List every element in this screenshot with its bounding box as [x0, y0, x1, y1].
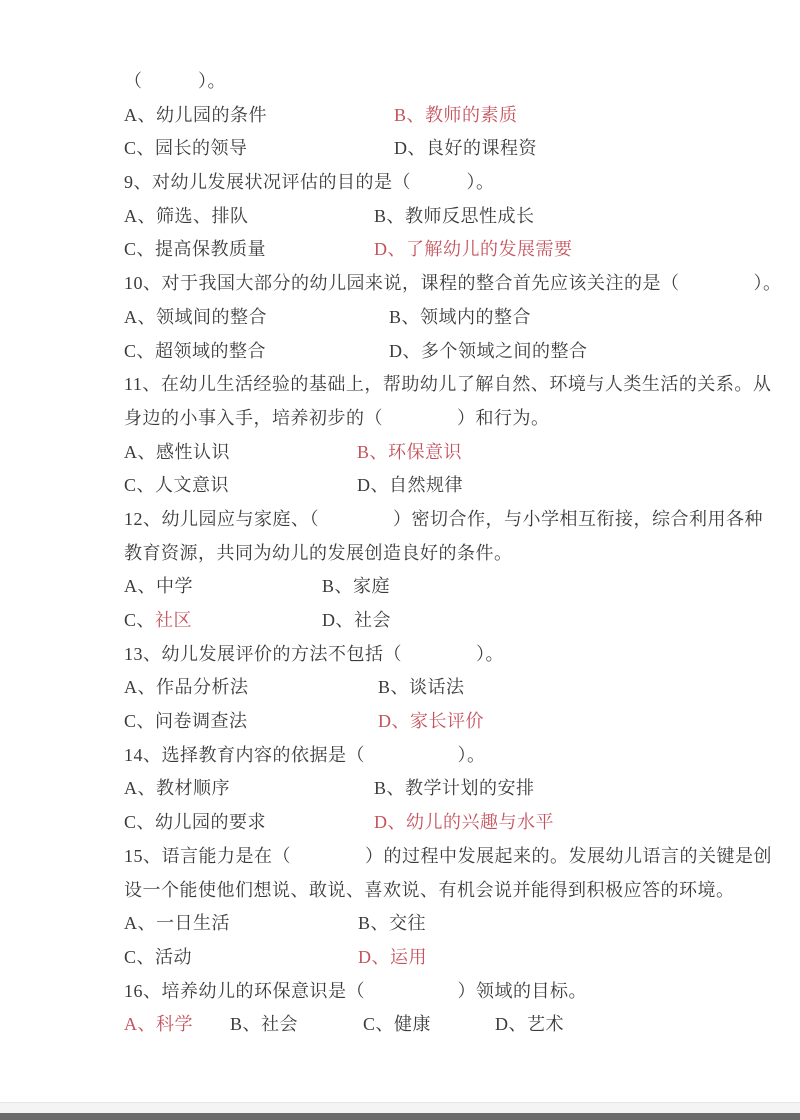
page-bottom-edge-bar [0, 1113, 800, 1120]
option-text: 良好的课程资 [426, 138, 537, 158]
option-b: B、社会 [230, 1008, 363, 1042]
option-letter: D、 [495, 1014, 527, 1034]
option-a: A、筛选、排队 [124, 200, 374, 234]
option-text: 家长评价 [410, 711, 484, 731]
option-c: C、超领域的整合 [124, 335, 389, 369]
option-b: B、领域内的整合 [389, 301, 784, 335]
option-text: 了解幼儿的发展需要 [406, 239, 573, 259]
question-block: 10、对于我国大部分的幼儿园来说，课程的整合首先应该关注的是（ ）。A、领域间的… [124, 267, 784, 368]
option-text: 提高保教质量 [155, 239, 266, 259]
option-text: 幼儿园的条件 [156, 105, 267, 125]
option-letter: D、 [378, 711, 410, 731]
option-text: 社会 [354, 610, 391, 630]
page-edge-strip [0, 1102, 800, 1113]
option-d: D、社会 [322, 604, 784, 638]
option-letter: A、 [124, 206, 156, 226]
option-d: D、了解幼儿的发展需要 [374, 233, 784, 267]
option-letter: A、 [124, 442, 156, 462]
option-text: 人文意识 [155, 475, 229, 495]
option-a: A、中学 [124, 570, 322, 604]
option-d: D、艺术 [495, 1008, 784, 1042]
options-row: A、教材顺序B、教学计划的安排 [124, 772, 784, 806]
option-a: A、感性认识 [124, 436, 357, 470]
options-row: C、人文意识D、自然规律 [124, 469, 784, 503]
option-text: 筛选、排队 [156, 206, 249, 226]
option-letter: D、 [374, 239, 406, 259]
question-stem-line: 10、对于我国大部分的幼儿园来说，课程的整合首先应该关注的是（ ）。 [124, 267, 784, 301]
options-row: A、科学B、社会C、健康D、艺术 [124, 1008, 784, 1042]
options-row: A、幼儿园的条件B、教师的素质 [124, 99, 784, 133]
option-text: 谈话法 [409, 677, 465, 697]
option-letter: B、 [374, 206, 405, 226]
option-text: 教学计划的安排 [405, 778, 535, 798]
option-letter: B、 [357, 442, 388, 462]
option-text: 领域间的整合 [156, 307, 267, 327]
option-text: 领域内的整合 [420, 307, 531, 327]
question-stem-line: 14、选择教育内容的依据是（ ）。 [124, 739, 784, 773]
option-text: 社会 [261, 1014, 298, 1034]
option-letter: D、 [389, 341, 421, 361]
option-letter: C、 [124, 610, 155, 630]
option-d: D、运用 [358, 941, 784, 975]
options-row: C、超领域的整合D、多个领域之间的整合 [124, 335, 784, 369]
option-text: 超领域的整合 [155, 341, 266, 361]
option-a: A、科学 [124, 1008, 230, 1042]
option-letter: A、 [124, 576, 156, 596]
question-block: 12、幼儿园应与家庭、（ ）密切合作，与小学相互衔接，综合利用各种教育资源，共同… [124, 503, 784, 638]
option-text: 教师反思性成长 [405, 206, 535, 226]
option-text: 感性认识 [156, 442, 230, 462]
option-letter: B、 [322, 576, 353, 596]
option-letter: A、 [124, 778, 156, 798]
option-letter: A、 [124, 105, 156, 125]
question-stem-line: 9、对幼儿发展状况评估的目的是（ ）。 [124, 166, 784, 200]
question-block: 14、选择教育内容的依据是（ ）。A、教材顺序B、教学计划的安排C、幼儿园的要求… [124, 739, 784, 840]
exam-page-content: （ ）。A、幼儿园的条件B、教师的素质C、园长的领导D、良好的课程资9、对幼儿发… [124, 65, 784, 1042]
option-d: D、自然规律 [357, 469, 784, 503]
question-block: （ ）。A、幼儿园的条件B、教师的素质C、园长的领导D、良好的课程资 [124, 65, 784, 166]
question-stem-line: 教育资源，共同为幼儿的发展创造良好的条件。 [124, 537, 784, 571]
option-text: 一日生活 [156, 913, 230, 933]
options-row: A、筛选、排队B、教师反思性成长 [124, 200, 784, 234]
option-a: A、教材顺序 [124, 772, 374, 806]
option-text: 幼儿的兴趣与水平 [406, 812, 554, 832]
option-c: C、园长的领导 [124, 132, 394, 166]
option-text: 自然规律 [389, 475, 463, 495]
option-letter: C、 [124, 947, 155, 967]
option-d: D、良好的课程资 [394, 132, 784, 166]
option-text: 家庭 [353, 576, 390, 596]
option-letter: C、 [363, 1014, 394, 1034]
option-d: D、幼儿的兴趣与水平 [374, 806, 784, 840]
question-block: 15、语言能力是在（ ）的过程中发展起来的。发展幼儿语言的关键是创设一个能使他们… [124, 840, 784, 975]
option-letter: B、 [374, 778, 405, 798]
option-b: B、教师的素质 [394, 99, 784, 133]
option-letter: A、 [124, 677, 156, 697]
question-stem-line: 16、培养幼儿的环保意识是（ ）领域的目标。 [124, 975, 784, 1009]
option-text: 环保意识 [388, 442, 462, 462]
option-text: 中学 [156, 576, 193, 596]
option-text: 社区 [155, 610, 192, 630]
option-d: D、家长评价 [378, 705, 784, 739]
options-row: C、园长的领导D、良好的课程资 [124, 132, 784, 166]
options-row: C、活动D、运用 [124, 941, 784, 975]
question-stem-line: （ ）。 [124, 65, 784, 99]
option-c: C、活动 [124, 941, 358, 975]
option-a: A、作品分析法 [124, 671, 378, 705]
option-letter: D、 [358, 947, 390, 967]
option-text: 问卷调查法 [155, 711, 248, 731]
option-text: 园长的领导 [155, 138, 248, 158]
question-stem-line: 15、语言能力是在（ ）的过程中发展起来的。发展幼儿语言的关键是创 [124, 840, 784, 874]
option-letter: D、 [322, 610, 354, 630]
option-text: 活动 [155, 947, 192, 967]
option-letter: C、 [124, 711, 155, 731]
option-c: C、健康 [363, 1008, 495, 1042]
options-row: A、感性认识B、环保意识 [124, 436, 784, 470]
question-stem-line: 12、幼儿园应与家庭、（ ）密切合作，与小学相互衔接，综合利用各种 [124, 503, 784, 537]
question-block: 11、在幼儿生活经验的基础上，帮助幼儿了解自然、环境与人类生活的关系。从身边的小… [124, 368, 784, 503]
option-text: 幼儿园的要求 [155, 812, 266, 832]
option-a: A、一日生活 [124, 907, 358, 941]
question-block: 16、培养幼儿的环保意识是（ ）领域的目标。A、科学B、社会C、健康D、艺术 [124, 975, 784, 1042]
options-row: C、提高保教质量D、了解幼儿的发展需要 [124, 233, 784, 267]
option-c: C、社区 [124, 604, 322, 638]
option-c: C、提高保教质量 [124, 233, 374, 267]
option-letter: B、 [358, 913, 389, 933]
options-row: C、问卷调查法D、家长评价 [124, 705, 784, 739]
options-row: A、作品分析法B、谈话法 [124, 671, 784, 705]
option-letter: C、 [124, 138, 155, 158]
option-b: B、家庭 [322, 570, 784, 604]
question-block: 13、幼儿发展评价的方法不包括（ ）。A、作品分析法B、谈话法C、问卷调查法D、… [124, 638, 784, 739]
option-c: C、幼儿园的要求 [124, 806, 374, 840]
option-letter: B、 [394, 105, 425, 125]
option-b: B、环保意识 [357, 436, 784, 470]
options-row: C、社区D、社会 [124, 604, 784, 638]
option-letter: D、 [394, 138, 426, 158]
option-letter: C、 [124, 239, 155, 259]
option-text: 教师的素质 [425, 105, 518, 125]
question-block: 9、对幼儿发展状况评估的目的是（ ）。A、筛选、排队B、教师反思性成长C、提高保… [124, 166, 784, 267]
option-a: A、幼儿园的条件 [124, 99, 394, 133]
option-b: B、交往 [358, 907, 784, 941]
option-text: 交往 [389, 913, 426, 933]
question-stem-line: 设一个能使他们想说、敢说、喜欢说、有机会说并能得到积极应答的环境。 [124, 874, 784, 908]
option-c: C、问卷调查法 [124, 705, 378, 739]
option-a: A、领域间的整合 [124, 301, 389, 335]
option-text: 科学 [156, 1014, 193, 1034]
options-row: C、幼儿园的要求D、幼儿的兴趣与水平 [124, 806, 784, 840]
question-stem-line: 13、幼儿发展评价的方法不包括（ ）。 [124, 638, 784, 672]
option-text: 运用 [390, 947, 427, 967]
question-stem-line: 身边的小事入手，培养初步的（ ）和行为。 [124, 402, 784, 436]
option-text: 艺术 [527, 1014, 564, 1034]
option-letter: B、 [389, 307, 420, 327]
question-stem-line: 11、在幼儿生活经验的基础上，帮助幼儿了解自然、环境与人类生活的关系。从 [124, 368, 784, 402]
options-row: A、领域间的整合B、领域内的整合 [124, 301, 784, 335]
option-letter: D、 [357, 475, 389, 495]
option-b: B、教师反思性成长 [374, 200, 784, 234]
options-row: A、一日生活B、交往 [124, 907, 784, 941]
options-row: A、中学B、家庭 [124, 570, 784, 604]
option-letter: B、 [230, 1014, 261, 1034]
option-text: 健康 [394, 1014, 431, 1034]
option-letter: A、 [124, 307, 156, 327]
option-c: C、人文意识 [124, 469, 357, 503]
option-letter: A、 [124, 1014, 156, 1034]
option-letter: C、 [124, 475, 155, 495]
option-letter: B、 [378, 677, 409, 697]
option-d: D、多个领域之间的整合 [389, 335, 784, 369]
option-text: 作品分析法 [156, 677, 249, 697]
option-text: 多个领域之间的整合 [421, 341, 588, 361]
option-letter: C、 [124, 812, 155, 832]
option-b: B、教学计划的安排 [374, 772, 784, 806]
option-text: 教材顺序 [156, 778, 230, 798]
option-letter: A、 [124, 913, 156, 933]
option-letter: C、 [124, 341, 155, 361]
option-letter: D、 [374, 812, 406, 832]
option-b: B、谈话法 [378, 671, 784, 705]
